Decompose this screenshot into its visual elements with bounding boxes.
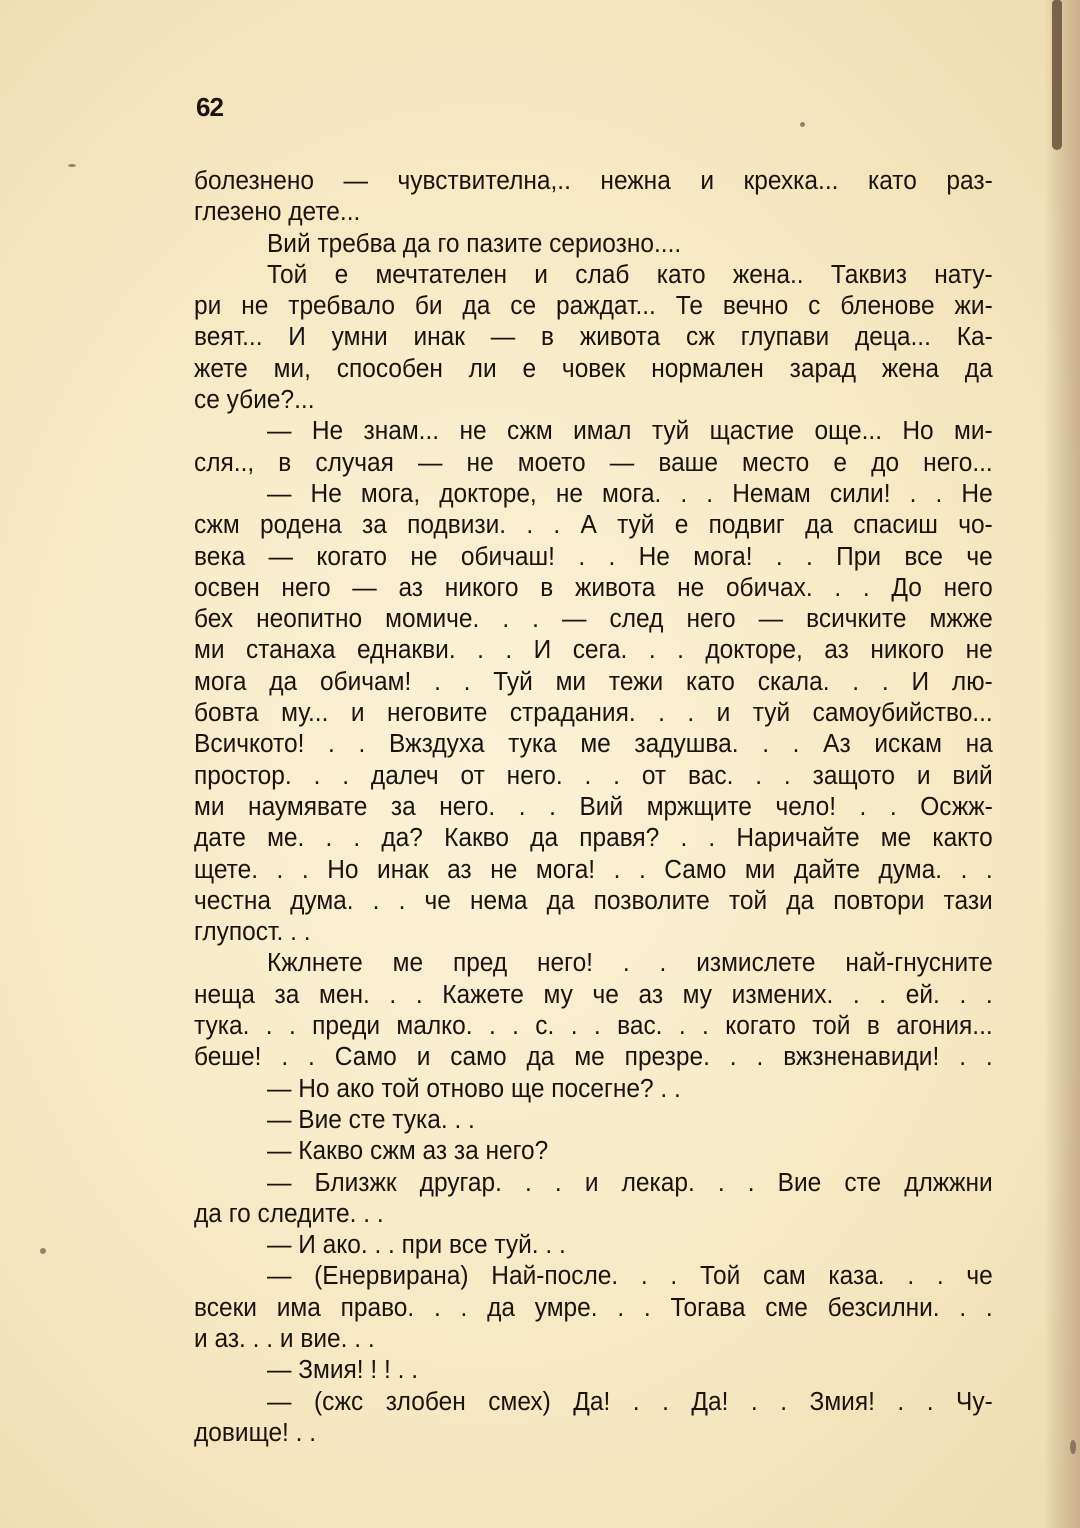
text-line: ми наумявате за него. . . Вий мржщите че… bbox=[194, 792, 993, 823]
text-line: — Но ако той отново ще посегне? . . bbox=[194, 1074, 993, 1105]
text-line: сля.., в случая — не моето — ваше место … bbox=[194, 448, 993, 479]
text-line: мога да обичам! . . Туй ми тежи като ска… bbox=[194, 667, 993, 698]
page-number: 62 bbox=[196, 92, 223, 123]
text-line: жете ми, способен ли е човек нормален за… bbox=[194, 354, 993, 385]
text-line: — Змия! ! ! . . bbox=[194, 1355, 993, 1386]
text-line: Той е мечтателен и слаб като жена.. Такв… bbox=[194, 260, 993, 291]
binding-stain bbox=[1052, 0, 1062, 150]
text-line: тука. . . преди малко. . . с. . . вас. .… bbox=[194, 1011, 993, 1042]
text-line: — Близжк другар. . . и лекар. . . Вие ст… bbox=[194, 1168, 993, 1199]
text-line: простор. . . далеч от него. . . от вас. … bbox=[194, 761, 993, 792]
text-line: — Вие сте тука. . . bbox=[194, 1105, 993, 1136]
speck bbox=[800, 122, 805, 127]
text-line: — (Енервирана) Най-после. . . Той сам ка… bbox=[194, 1261, 993, 1292]
text-line: — Какво сжм аз за него? bbox=[194, 1136, 993, 1167]
text-line: болезнено — чувствителна,.. нежна и крех… bbox=[194, 166, 993, 197]
text-line: довище! . . bbox=[194, 1418, 993, 1449]
text-line: глупост. . . bbox=[194, 917, 993, 948]
text-line: освен него — аз никого в живота не обича… bbox=[194, 573, 993, 604]
text-line: дате ме. . . да? Какво да правя? . . Нар… bbox=[194, 823, 993, 854]
text-line: веят... И умни инак — в живота сж глупав… bbox=[194, 322, 993, 353]
text-line: щете. . . Но инак аз не мога! . . Само м… bbox=[194, 855, 993, 886]
text-line: — Не мога, докторе, не мога. . . Немам с… bbox=[194, 479, 993, 510]
text-line: — Не знам... не сжм имал туй щастие още.… bbox=[194, 416, 993, 447]
body-text: болезнено — чувствителна,.. нежна и крех… bbox=[194, 166, 993, 1449]
text-line: сжм родена за подвизи. . . А туй е подви… bbox=[194, 510, 993, 541]
text-line: — И ако. . . при все туй. . . bbox=[194, 1230, 993, 1261]
text-line: Кжлнете ме пред него! . . измислете най-… bbox=[194, 948, 993, 979]
text-line: бовта му... и неговите страдания. . . и … bbox=[194, 698, 993, 729]
text-line: всеки има право. . . да умре. . . Тогава… bbox=[194, 1293, 993, 1324]
text-line: глезено дете... bbox=[194, 197, 993, 228]
speck bbox=[68, 164, 76, 167]
speck bbox=[40, 1248, 46, 1254]
text-line: неща за мен. . . Кажете му че аз му изме… bbox=[194, 980, 993, 1011]
text-line: бех неопитно момиче. . . — след него — в… bbox=[194, 604, 993, 635]
text-line: се убие?... bbox=[194, 385, 993, 416]
text-line: Всичкото! . . Вжздуха тука ме задушва. .… bbox=[194, 729, 993, 760]
text-line: ри не требвало би да се раждат... Те веч… bbox=[194, 291, 993, 322]
text-line: ми станаха еднакви. . . И сега. . . докт… bbox=[194, 635, 993, 666]
text-line: века — когато не обичаш! . . Не мога! . … bbox=[194, 542, 993, 573]
text-line: и аз. . . и вие. . . bbox=[194, 1324, 993, 1355]
text-line: да го следите. . . bbox=[194, 1199, 993, 1230]
speck bbox=[1070, 1440, 1076, 1454]
text-line: Вий требва да го пазите сериозно.... bbox=[194, 229, 993, 260]
page-edge-shadow bbox=[1044, 0, 1080, 1528]
text-line: — (сжс злобен смех) Да! . . Да! . . Змия… bbox=[194, 1387, 993, 1418]
text-line: честна дума. . . че нема да позволите то… bbox=[194, 886, 993, 917]
text-line: беше! . . Само и само да ме презре. . . … bbox=[194, 1042, 993, 1073]
